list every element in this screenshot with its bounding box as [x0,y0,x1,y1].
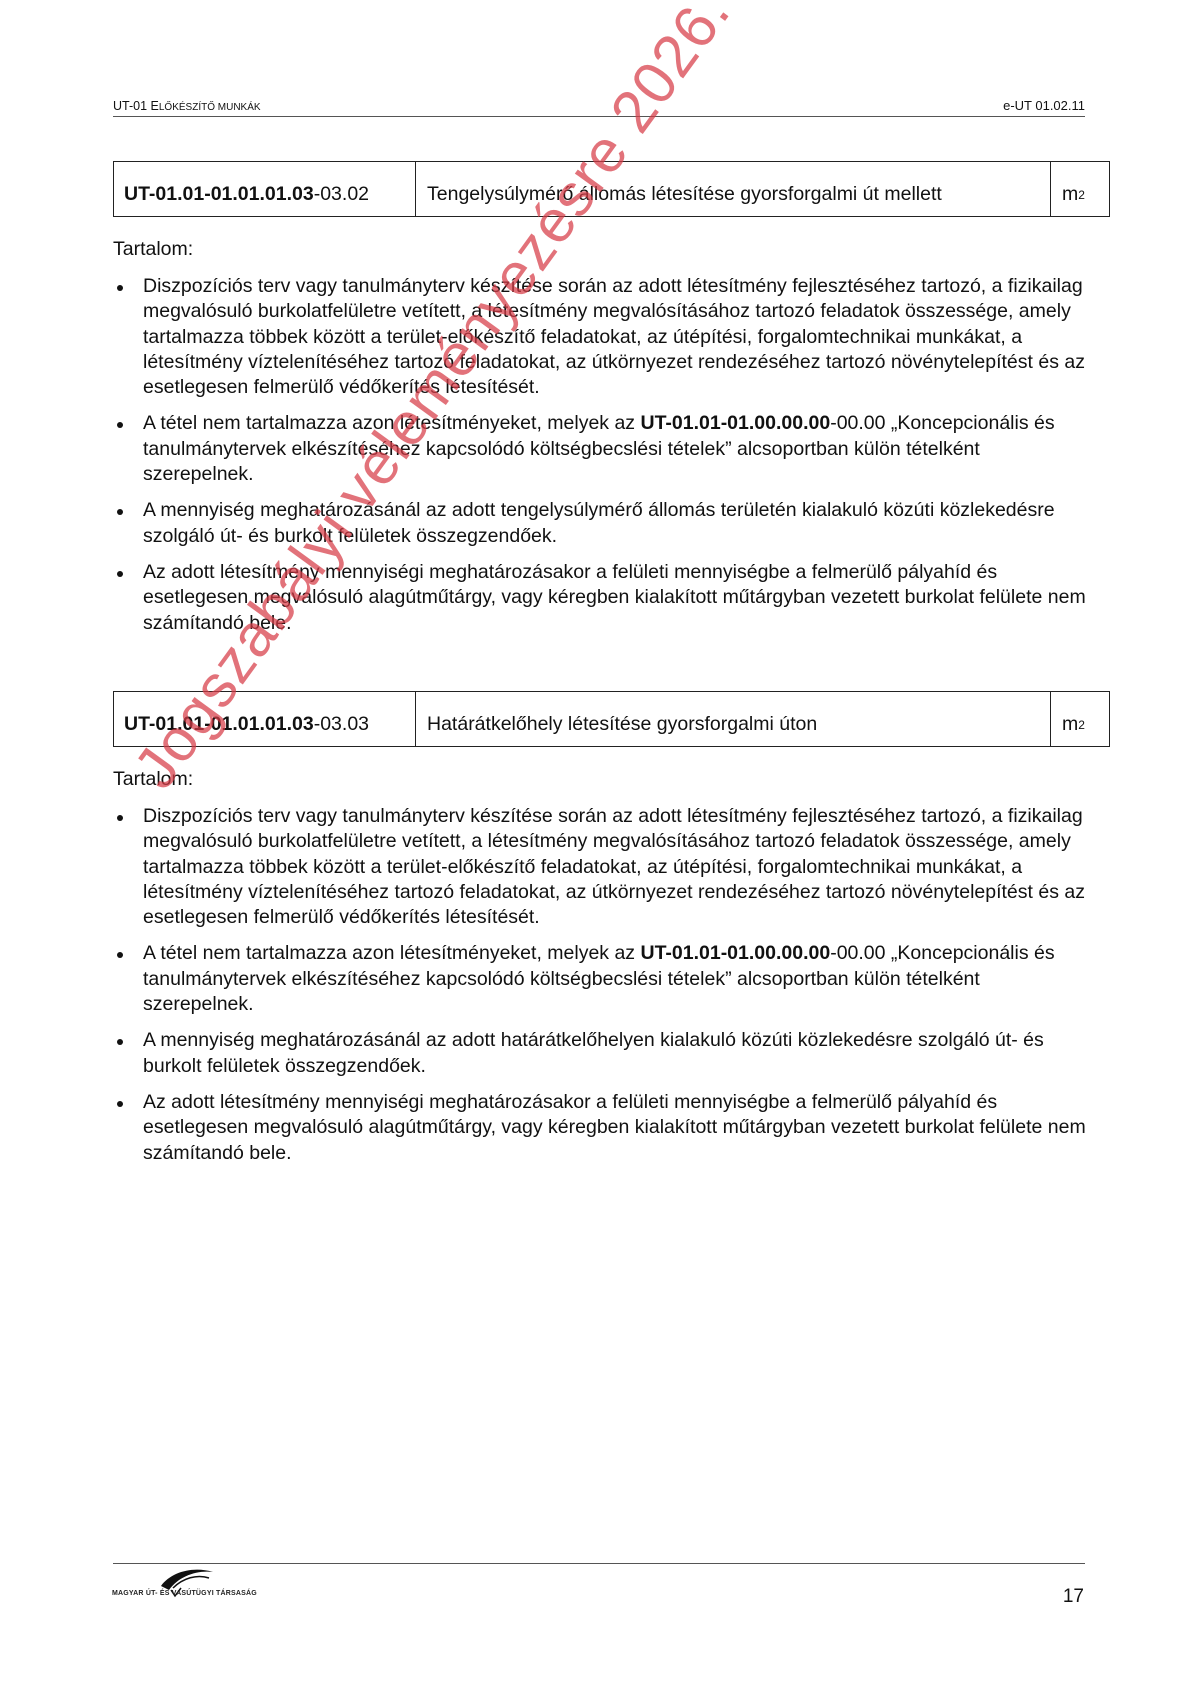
bullet-icon [117,285,123,291]
list-item: Diszpozíciós terv vagy tanulmányterv kés… [113,804,1093,930]
header-chapter-prefix: UT-01 E [113,99,159,113]
footer-divider [113,1563,1085,1564]
item-unit: m2 [1051,692,1109,746]
item-title: Határátkelőhely létesítése gyorsforgalmi… [416,692,1051,746]
list-item-text: A mennyiség meghatározásánál az adott ha… [143,1029,1044,1076]
reference-code-suffix: -00.00 [830,412,885,434]
unit-base: m [1062,713,1078,736]
list-item: Az adott létesítmény mennyiségi meghatár… [113,560,1093,636]
society-logo: MAGYAR ÚT- ÉS VASÚTÜGYI TÁRSASÁG [112,1568,272,1608]
item-table-1: UT-01.01-01.01.01.03-03.02 Tengelysúlymé… [113,161,1110,217]
bullet-icon [117,509,123,515]
list-item-text: Diszpozíciós terv vagy tanulmányterv kés… [143,805,1085,928]
list-item: A tétel nem tartalmazza azon létesítmény… [113,941,1093,1017]
list-item-text: A tétel nem tartalmazza azon létesítmény… [143,942,640,964]
item-code-bold: UT-01.01-01.01.01.03 [124,183,314,206]
list-item: A tétel nem tartalmazza azon létesítmény… [113,411,1093,487]
list-item: A mennyiség meghatározásánál az adott ha… [113,1028,1093,1079]
reference-code-suffix: -00.00 [830,942,885,964]
header-chapter-smallcaps: LŐKÉSZÍTŐ MUNKÁK [159,102,261,113]
society-name: MAGYAR ÚT- ÉS VASÚTÜGYI TÁRSASÁG [112,1590,257,1597]
list-item: Diszpozíciós terv vagy tanulmányterv kés… [113,274,1093,400]
header-chapter-title: UT-01 ELŐKÉSZÍTŐ MUNKÁK [113,99,261,113]
item-unit: m2 [1051,162,1109,216]
item-code-suffix: -03.03 [314,713,369,736]
item-code-bold: UT-01.01-01.01.01.03 [124,713,314,736]
bullet-icon [117,815,123,821]
bullet-icon [117,1039,123,1045]
item-table-2: UT-01.01-01.01.01.03-03.03 Határátkelőhe… [113,691,1110,747]
page-header: UT-01 ELŐKÉSZÍTŐ MUNKÁK e-UT 01.02.11 [113,96,1085,117]
item-code-suffix: -03.02 [314,183,369,206]
list-item: A mennyiség meghatározásánál az adott te… [113,498,1093,549]
list-item-text: Diszpozíciós terv vagy tanulmányterv kés… [143,275,1085,398]
bullet-icon [117,571,123,577]
list-item-text: Az adott létesítmény mennyiségi meghatár… [143,561,1086,634]
content-bullet-list: Diszpozíciós terv vagy tanulmányterv kés… [113,274,1093,647]
bullet-icon [117,422,123,428]
unit-exponent: 2 [1078,718,1085,732]
list-item-text: A tétel nem tartalmazza azon létesítmény… [143,412,640,434]
page-number: 17 [1063,1586,1084,1608]
unit-exponent: 2 [1078,188,1085,202]
reference-code-bold: UT-01.01-01.00.00.00 [640,412,830,434]
content-label: Tartalom: [113,238,193,261]
content-bullet-list: Diszpozíciós terv vagy tanulmányterv kés… [113,804,1093,1177]
list-item-text: A mennyiség meghatározásánál az adott te… [143,499,1055,546]
list-item-text: Az adott létesítmény mennyiségi meghatár… [143,1091,1086,1164]
bullet-icon [117,1101,123,1107]
item-code: UT-01.01-01.01.01.03-03.02 [114,162,416,216]
header-document-code: e-UT 01.02.11 [1003,98,1085,113]
bullet-icon [117,952,123,958]
unit-base: m [1062,183,1078,206]
item-code: UT-01.01-01.01.01.03-03.03 [114,692,416,746]
list-item: Az adott létesítmény mennyiségi meghatár… [113,1090,1093,1166]
content-label: Tartalom: [113,768,193,791]
item-title: Tengelysúlymérő állomás létesítése gyors… [416,162,1051,216]
reference-code-bold: UT-01.01-01.00.00.00 [640,942,830,964]
